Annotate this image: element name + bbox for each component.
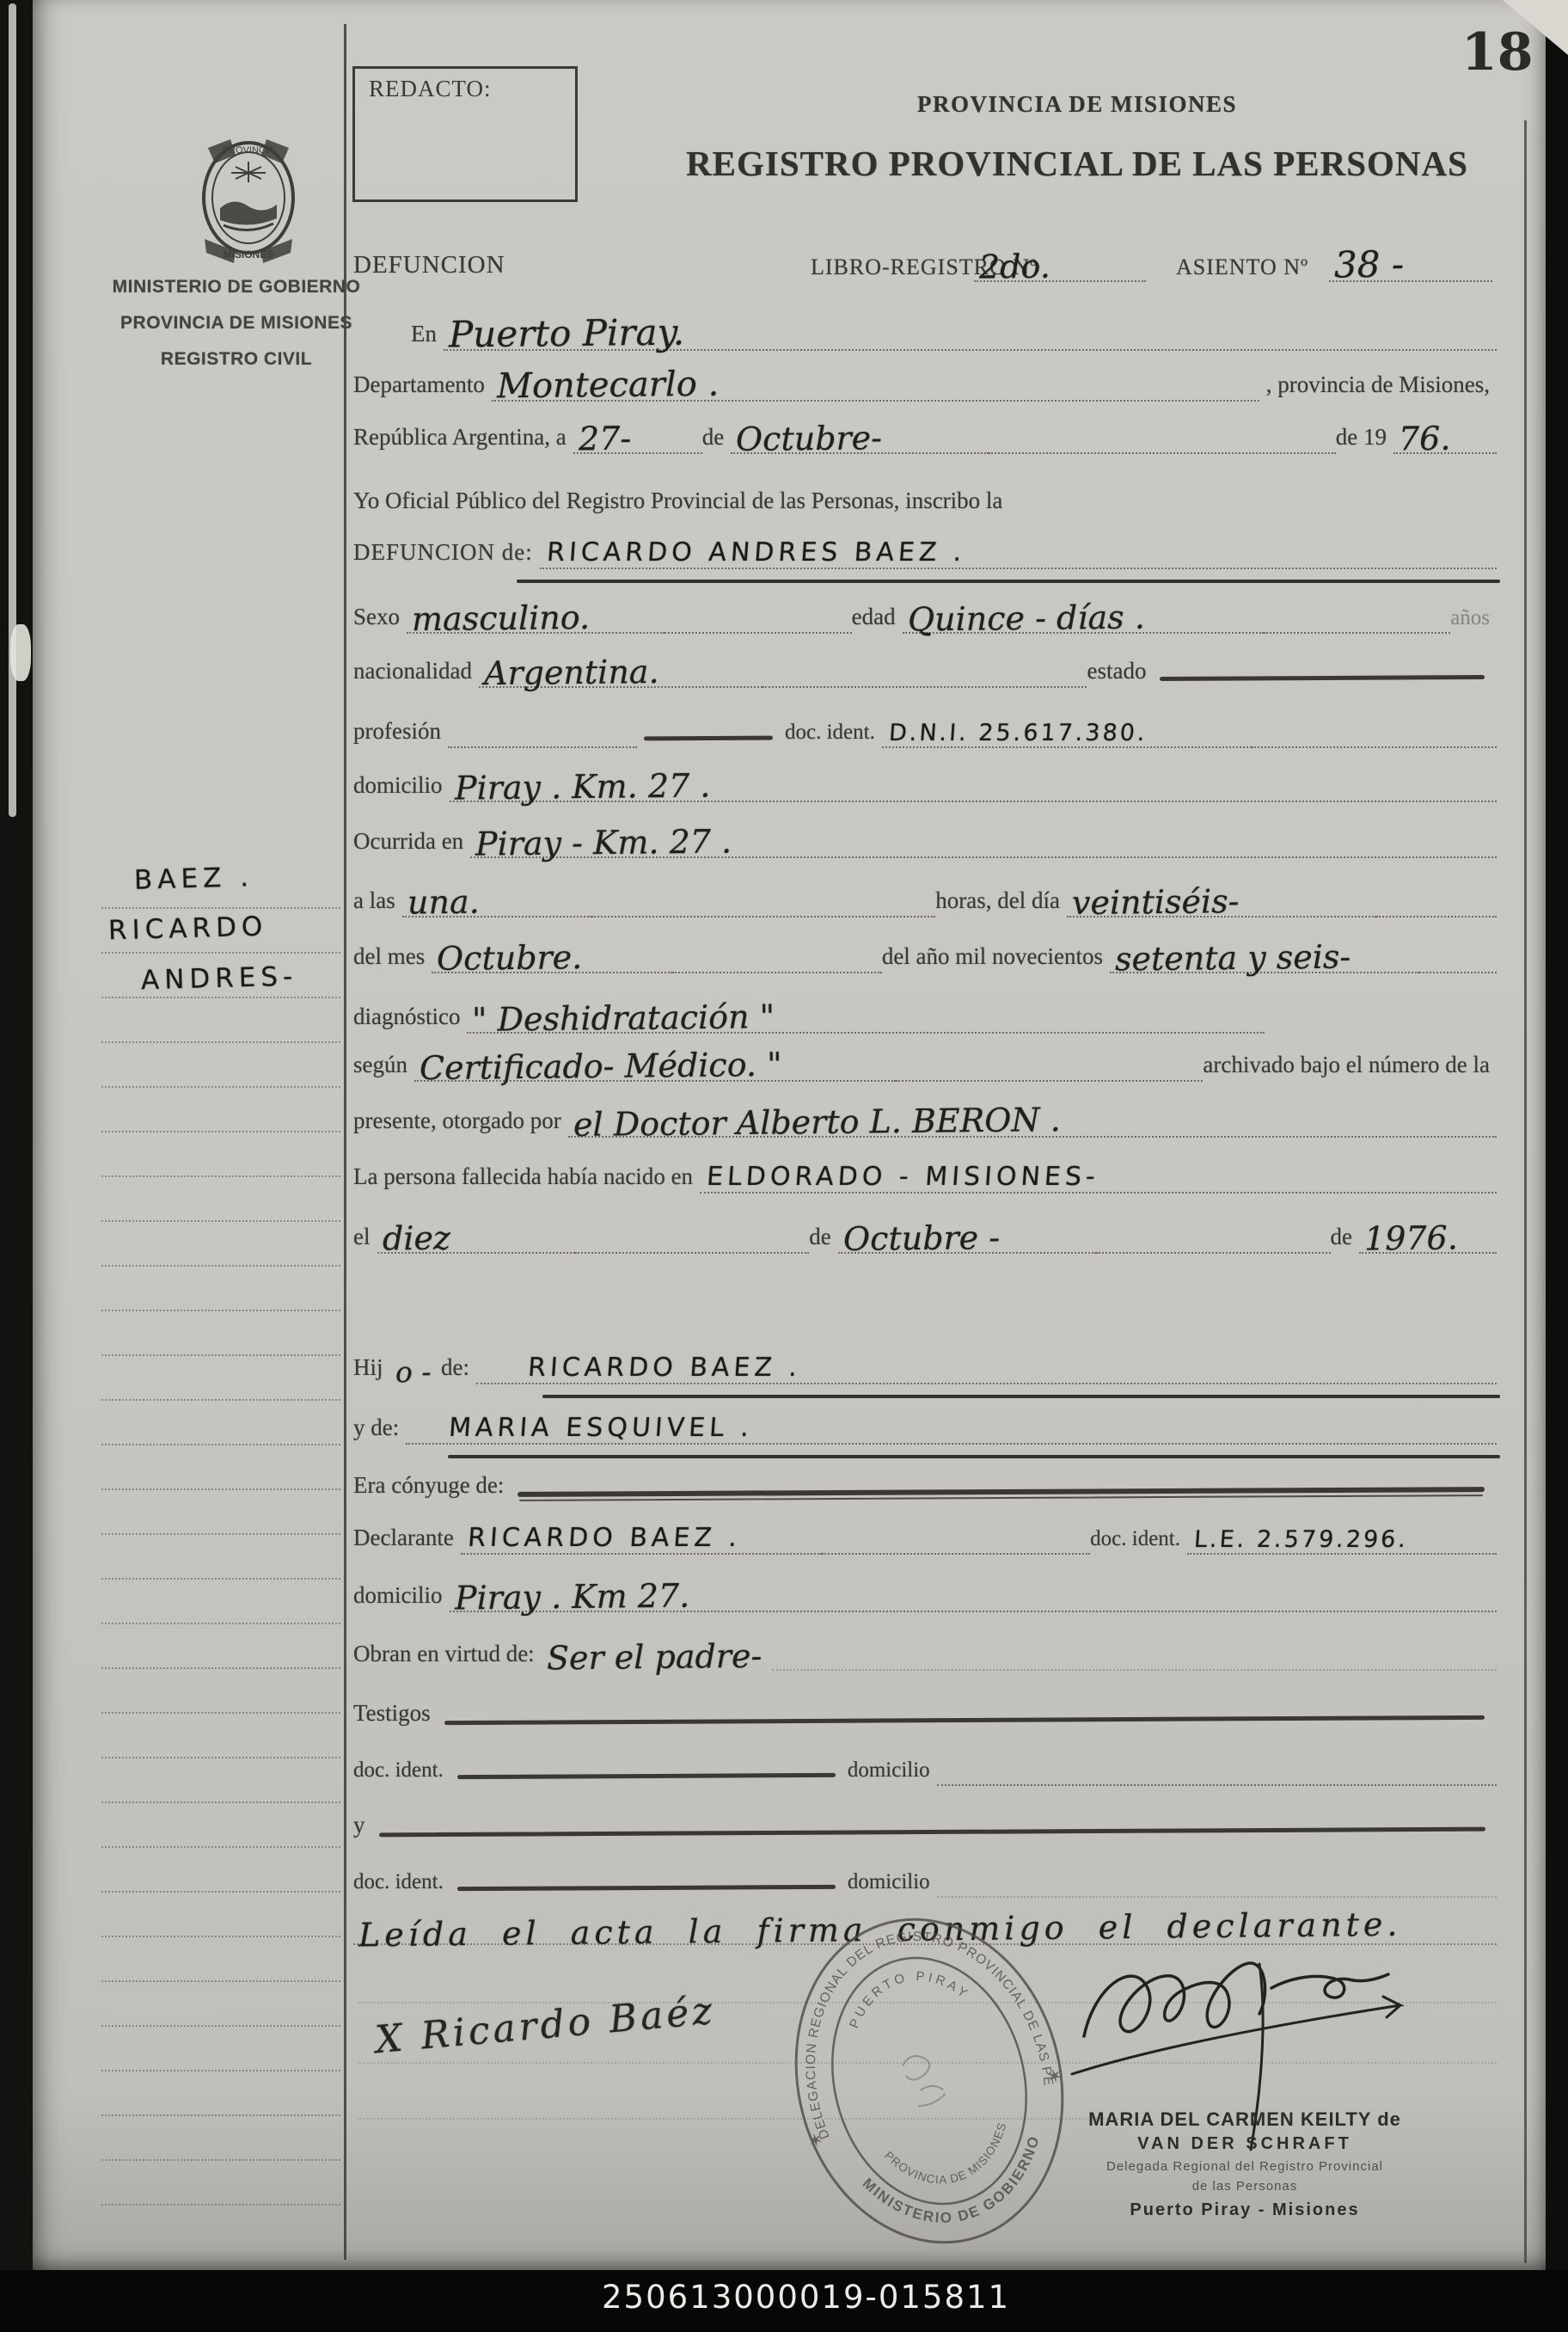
svg-text:DELEGACION REGIONAL DEL REGIST: DELEGACION REGIONAL DEL REGISTRO PROVINC… — [736, 1857, 1058, 2169]
de1-label: de — [702, 424, 731, 454]
libro-value: 2do. — [974, 252, 1061, 280]
row-profesion-doc: profesión doc. ident. D.N.I. 25.617.380. — [353, 705, 1497, 748]
registry-title: REGISTRO PROVINCIAL DE LAS PERSONAS — [566, 143, 1568, 184]
declarante-doc-value: L.E. 2.579.296. — [1186, 1528, 1419, 1553]
declarant-signature: X Ricardo Baéz — [374, 1989, 718, 2062]
nacido-label: La persona fallecida había nacido en — [353, 1163, 700, 1194]
y-inked-line — [378, 1827, 1485, 1838]
dia-acta: 27- — [573, 424, 642, 452]
stamp-location-line: Puerto Piray - Misiones — [1047, 2200, 1442, 2220]
estado-label: estado — [1087, 658, 1153, 688]
row-otorgante: presente, otorgado por el Doctor Alberto… — [353, 1095, 1497, 1138]
page-number: 18 — [1461, 22, 1534, 83]
redacto-box: REDACTO: — [352, 66, 578, 202]
hijo-de-label: de: — [441, 1354, 476, 1384]
presente-label: presente, otorgado por — [353, 1108, 568, 1138]
stamp-title-line2: de las Personas — [1047, 2179, 1442, 2194]
svg-text:MINISTERIO DE GOBIERNO: MINISTERIO DE GOBIERNO — [857, 2130, 1059, 2248]
mes-nacimiento: Octubre - — [838, 1224, 1010, 1253]
margin-ruled-line — [101, 905, 340, 909]
archivado-suffix: archivado bajo el número de la — [1203, 1052, 1497, 1082]
margin-ruled-line — [101, 2023, 340, 2027]
provincia-suffix: , provincia de Misiones, — [1259, 371, 1497, 402]
conyuge-inked-line — [518, 1487, 1485, 1497]
departamento-value: Montecarlo . — [492, 370, 730, 402]
margin-ruled-line — [101, 2068, 340, 2071]
lugar-nacimiento-value: ELDORADO - MISIONES- — [699, 1164, 1111, 1192]
anio-nacimiento: 1976. — [1359, 1224, 1468, 1253]
hora-value: una. — [402, 887, 490, 916]
margin-ruled-line — [101, 1174, 340, 1177]
domicilio-value: Piray . Km. 27 . — [449, 771, 720, 802]
right-border-rule — [1524, 120, 1527, 2263]
stamp-outer-ring-text: DELEGACION REGIONAL DEL REGISTRO PROVINC… — [736, 1857, 1058, 2169]
asiento-value: 38 - — [1329, 249, 1414, 281]
testigo1-dom-label: domicilio — [848, 1758, 937, 1786]
de3-label: de — [1331, 1224, 1359, 1254]
row-testigo1-doc: doc. ident. domicilio — [353, 1743, 1497, 1786]
redacto-label: REDACTO: — [369, 76, 492, 102]
row-fecha-acta: República Argentina, a 27- de Octubre- d… — [353, 411, 1497, 454]
dia-fallecimiento: veintiséis- — [1067, 887, 1250, 917]
margin-ruled-line — [101, 1844, 340, 1848]
diagnostico-label: diagnóstico — [353, 1003, 467, 1034]
conyuge-label: Era cónyuge de: — [353, 1472, 511, 1502]
stamp-title-line1: Delegada Regional del Registro Provincia… — [1047, 2159, 1442, 2174]
nacionalidad-label: nacionalidad — [353, 658, 479, 688]
row-mes-anio: del mes Octubre. del año mil novecientos… — [353, 930, 1497, 973]
edad-label: edad — [852, 604, 903, 634]
libro-field: 2do. — [974, 230, 1146, 282]
segun-label: según — [353, 1052, 414, 1082]
declarante-label: Declarante — [353, 1525, 461, 1555]
sexo-value: masculino. — [407, 604, 600, 634]
segun-value: Certificado- Médico. " — [414, 1050, 793, 1082]
scanned-death-certificate: { "page": { "number": "18", "barcode": "… — [0, 0, 1568, 2332]
row-diagnostico: diagnóstico " Deshidratación " — [353, 991, 1265, 1034]
hijo-o-hw: o - — [389, 1360, 441, 1385]
margin-ruled-line — [101, 1710, 340, 1714]
seal-bottom-word: MISIONES — [224, 249, 274, 261]
obran-label: Obran en virtud de: — [353, 1641, 542, 1671]
margin-surname: BAEZ . — [134, 862, 254, 896]
profesion-inked-line — [644, 736, 773, 741]
asiento-label: ASIENTO Nº — [1176, 255, 1315, 284]
margin-ruled-line — [101, 950, 340, 954]
madre-thick-rule — [448, 1455, 1500, 1458]
row-inscribo: Yo Oficial Público del Registro Provinci… — [353, 475, 1497, 518]
de2-label: de — [809, 1224, 837, 1254]
book-binding-edge — [0, 0, 33, 2332]
otorgante-value: el Doctor Alberto L. BERON . — [568, 1106, 1071, 1138]
margin-ruled-line — [101, 1129, 340, 1132]
margin-ruled-line — [101, 1487, 340, 1490]
margin-ruled-line — [101, 1263, 340, 1267]
sidebar-province-line: PROVINCIA DE MISIONES — [95, 313, 378, 334]
doc-ident-label: doc. ident. — [785, 721, 882, 748]
row-madre: y de: MARIA ESQUIVEL . — [353, 1402, 1497, 1445]
margin-ruled-line — [101, 1576, 340, 1580]
departamento-label: Departamento — [353, 371, 492, 402]
provincial-seal: PROVINCIA MISIONES — [193, 129, 304, 268]
padre-thick-rule — [542, 1395, 1500, 1398]
republica-label: República Argentina, a — [353, 424, 573, 454]
lugar-value: Puerto Piray. — [444, 317, 695, 351]
province-header: PROVINCIA DE MISIONES — [669, 91, 1485, 118]
yde-label: y de: — [353, 1415, 406, 1445]
margin-ruled-line — [101, 2113, 340, 2116]
row-nacionalidad-estado: nacionalidad Argentina. estado — [353, 645, 1497, 688]
ocurrida-value: Piray - Km. 27 . — [470, 827, 742, 858]
margin-ruled-line — [101, 1666, 340, 1669]
ocurrida-label: Ocurrida en — [353, 828, 470, 858]
margin-ruled-line — [101, 1442, 340, 1445]
seal-top-word: PROVINCIA — [223, 145, 275, 156]
y-label: y — [353, 1812, 372, 1842]
margin-middle-name: ANDRES- — [141, 961, 298, 997]
anio-fallecimiento: setenta y seis- — [1110, 942, 1362, 973]
margin-ruled-line — [101, 1084, 340, 1088]
difunto-thick-rule — [517, 580, 1500, 583]
domicilio2-value: Piray . Km 27. — [449, 1581, 700, 1611]
stamp-ministry-text: MINISTERIO DE GOBIERNO — [857, 2130, 1059, 2248]
margin-ruled-line — [101, 2202, 340, 2206]
domicilio2-label: domicilio — [353, 1582, 450, 1612]
row-difunto: DEFUNCION de: RICARDO ANDRES BAEZ . — [353, 526, 1497, 569]
row-lugar: En Puerto Piray. — [411, 303, 1497, 351]
row-ocurrida: Ocurrida en Piray - Km. 27 . — [353, 815, 1497, 858]
sexo-label: Sexo — [353, 604, 407, 634]
margin-ruled-line — [101, 2157, 340, 2161]
asiento-field: 38 - — [1329, 225, 1492, 282]
row-padre: Hij o - de: RICARDO BAEZ . — [353, 1341, 1497, 1384]
row-fecha-nacimiento: el diez de Octubre - de 1976. — [353, 1211, 1497, 1254]
en-label: En — [411, 321, 444, 351]
margin-ruled-line — [101, 1040, 340, 1043]
nacionalidad-value: Argentina. — [479, 658, 670, 688]
domicilio-label: domicilio — [353, 772, 450, 802]
declarante-nombre: RICARDO BAEZ . — [460, 1525, 752, 1553]
obran-value: Ser el padre- — [542, 1642, 773, 1672]
madre-nombre: MARIA ESQUIVEL . — [405, 1415, 764, 1443]
sidebar-ministry-line: MINISTERIO DE GOBIERNO — [95, 277, 378, 298]
testigo1-doc-inked-line — [457, 1773, 836, 1779]
estado-inked-line — [1160, 675, 1485, 681]
alas-label: a las — [353, 887, 402, 917]
row-obran: Obran en virtud de: Ser el padre- — [353, 1628, 1497, 1671]
margin-ruled-line — [101, 1889, 340, 1893]
anio-acta: 76. — [1393, 424, 1461, 452]
testigo2-doc-label: doc. ident. — [353, 1870, 450, 1898]
declarante-doc-label: doc. ident. — [1090, 1527, 1187, 1555]
row-lugar-nacimiento: La persona fallecida había nacido en ELD… — [353, 1151, 1497, 1194]
inscribo-text: Yo Oficial Público del Registro Provinci… — [353, 488, 1009, 518]
row-conyuge: Era cónyuge de: — [353, 1459, 1497, 1502]
row-domicilio: domicilio Piray . Km. 27 . — [353, 759, 1497, 802]
row-domicilio-declarante: domicilio Piray . Km 27. — [353, 1569, 1497, 1612]
row-testigos: Testigos — [353, 1687, 1497, 1730]
difunto-nombre: RICARDO ANDRES BAEZ . — [539, 540, 977, 568]
anos-faint-label: años — [1450, 606, 1497, 634]
delmes-label: del mes — [353, 943, 432, 973]
margin-ruled-line — [101, 1755, 340, 1758]
margin-ruled-line — [101, 1353, 340, 1356]
margin-ruled-line — [101, 1531, 340, 1535]
margin-ruled-line — [101, 1218, 340, 1222]
stamp-name-line2: VAN DER SCHRAFT — [1047, 2134, 1442, 2154]
testigos-inked-line — [444, 1715, 1485, 1725]
anio-mil-label: del año mil novecientos — [882, 943, 1110, 973]
barcode-number: 250613000019-015811 — [602, 2279, 1010, 2316]
doc-ident-value: D.N.I. 25.617.380. — [881, 721, 1158, 746]
margin-first-name: RICARDO — [108, 911, 268, 947]
margin-ruled-line — [101, 1621, 340, 1624]
hijo-label: Hij — [353, 1354, 390, 1384]
margin-ruled-line — [101, 1934, 340, 1937]
row-sexo-edad: Sexo masculino. edad Quince - días . año… — [353, 591, 1497, 634]
row-hora-dia: a las una. horas, del día veintiséis- — [353, 874, 1497, 917]
row-y: y — [353, 1799, 1497, 1842]
el-label: el — [353, 1224, 377, 1254]
testigos-label: Testigos — [353, 1700, 438, 1730]
testigo1-doc-label: doc. ident. — [353, 1758, 450, 1786]
de19-label: de 19 — [1336, 424, 1393, 454]
profesion-label: profesión — [353, 718, 448, 748]
margin-ruled-line — [101, 1397, 340, 1401]
horas-dia-label: horas, del día — [935, 887, 1067, 917]
row-declarante: Declarante RICARDO BAEZ . doc. ident. L.… — [353, 1512, 1497, 1555]
margin-ruled-line — [101, 995, 340, 998]
margin-ruled-line — [101, 1308, 340, 1311]
mes-fallecimiento: Octubre. — [432, 943, 593, 973]
row-segun: según Certificado- Médico. " archivado b… — [353, 1039, 1497, 1082]
previous-page-edge — [9, 3, 16, 817]
certificate-page: PROVINCIA MISIONES MINISTERIO DE GOBIERN… — [33, 0, 1546, 2270]
margin-ruled-line — [101, 1979, 340, 1982]
binding-mark — [10, 624, 31, 681]
official-name-stamp: MARIA DEL CARMEN KEILTY de VAN DER SCHRA… — [1047, 2108, 1442, 2220]
mes-acta: Octubre- — [731, 424, 892, 453]
margin-ruled-line — [101, 1800, 340, 1803]
dia-nacimiento: diez — [377, 1224, 460, 1252]
record-type-label: DEFUNCION — [353, 251, 512, 283]
diagnostico-value: " Deshidratación " — [467, 1003, 785, 1034]
defuncion-de-label: DEFUNCION de: — [353, 539, 540, 569]
padre-nombre: RICARDO BAEZ . — [475, 1355, 812, 1383]
edad-value: Quince - días . — [902, 603, 1155, 633]
stamp-name-line1: MARIA DEL CARMEN KEILTY de — [1047, 2108, 1442, 2131]
row-departamento: Departamento Montecarlo . , provincia de… — [353, 359, 1497, 402]
sidebar-registry-line: REGISTRO CIVIL — [95, 349, 378, 370]
